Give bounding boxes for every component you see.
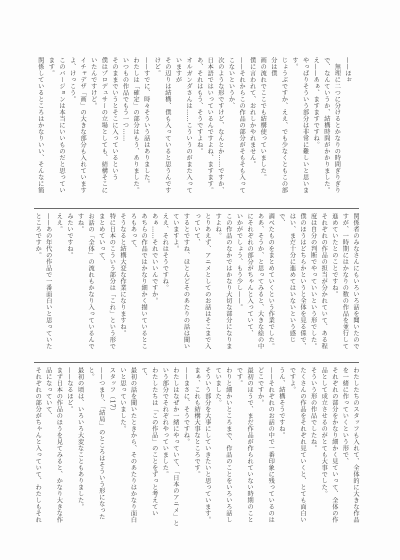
paragraph: するとですね、ほとんどそのあたりの話は聞いていますよ。 [169, 213, 190, 353]
paragraph: そういう形の作品でしたね。 [307, 367, 318, 527]
paragraph: じょうぶですか、ええ、でも少なくともこの部分は僕 [267, 57, 288, 197]
paragraph: その辺りは結構、僕も入っていると思うんですけど。 [151, 57, 172, 197]
paragraph: オルガンダさんは……こういうのがまた入っていますが [172, 57, 193, 197]
paragraph: え——あぁ、ますますですね。 [310, 57, 321, 197]
paragraph: それぞれの部分がちゃんと入っていて、わたしもそれはそれでいいと思います。 [36, 367, 42, 527]
paragraph: わたしたちは「この作品」のことをずっと考えていて、 [138, 367, 159, 527]
paragraph: やっぱりそういう部分は非常に難しいと思います。 [288, 57, 309, 197]
paragraph: この作品のなかではかなり大切な部分になりますよね。 [212, 213, 233, 353]
paragraph: まず日本の作品のほうを見てみると、かなり大きな作品になっていて、 [42, 367, 63, 527]
divider-rule-1 [34, 208, 359, 209]
paragraph: イチャデザ「画」の大きな部分も入れていますよ、けっこう。 [66, 57, 87, 197]
paragraph: それぞれの部分をかなり細かく見ていって、全体の作品として成立させるのがとても大事… [318, 367, 339, 527]
paragraph: わたしたちのスタッフも入れて、全体的に大きな作品を一緒に作っていくという形で、 [339, 367, 360, 527]
paragraph: 最初の頃は、いろいろ大変なこともありました。 [74, 367, 85, 527]
paragraph: スタッフ（17） [106, 367, 117, 527]
paragraph: ああ、そうか、と思ってみると、大きな絵の中にそれぞれの部分がちゃんと入っていて、 [243, 213, 264, 353]
text-tier-middle: 関係者のみなさんにもいろいろ話を聞いたのですが、一時期にはかなりの数の作品を並行… [36, 213, 360, 353]
paragraph: 関係しているところはかなりいい、そんなに簡単ではないです。 [36, 57, 45, 197]
paragraph: ——すでに、時々そういう話はありました。 [140, 57, 151, 197]
paragraph: あぁ……それでいいんですか。 [148, 213, 159, 353]
paragraph: みたいですね。 [63, 213, 74, 353]
paragraph: 次のような形ですけど、なんとか……ですか、 [214, 57, 225, 197]
paragraph: いつもの作品でもう一つ…… [119, 57, 130, 197]
paragraph: いかがでしょう、もう少し——。 [233, 213, 244, 353]
paragraph: 最初の話を聞いたときから、そのあたりはかなり面白いと思っていました。 [116, 367, 137, 527]
paragraph: うん、結構そうですね。 [275, 367, 286, 527]
text-tier-bottom: わたしたちのスタッフも入れて、全体的に大きな作品を一緒に作っていくという形で、そ… [36, 367, 360, 527]
paragraph: 特に日本のこういう部分は「これ」という形でまとめていって、 [95, 213, 116, 353]
paragraph: ええ。 [53, 213, 64, 353]
paragraph: わたしは「確定」の部分はもう、ありました。 [130, 57, 141, 197]
paragraph: 日本語ではいっているんですよね、ますます。 [204, 57, 215, 197]
paragraph: あちらの作品ではかなり細かく描いているところもあって、 [127, 213, 148, 353]
paragraph: 僕のほうはどちらかというと全体を見る係で、 [296, 213, 307, 353]
paragraph: わたしはなぜか一緒にやっていて、「日本のアニメ」という部分でそれぞれやっていまし… [159, 367, 180, 527]
document-page: ——ほぉ 無理に二つに分けるとかなりの時間ぎりぎりで、なんていうか、結構時間がか… [0, 0, 400, 560]
paragraph: 画の流れでここでも結構使っていました。 [257, 57, 268, 197]
paragraph: そうなると結構大変な作業になりますね。 [116, 213, 127, 353]
paragraph: そういう部分を大事にしていきたいと思っています。 [201, 367, 212, 527]
paragraph: ——それぞれのお話の中で一番印象に残っているのはどこですか。 [254, 367, 275, 527]
paragraph: 調べたものをまとめていくという作業でした。 [265, 213, 276, 353]
paragraph: ——あの年代の作品で一番面白いと思っていたところですか。 [36, 213, 53, 353]
paragraph: たくさんの作品をそれぞれ見ていくと、とても面白いですよ。 [286, 367, 307, 527]
paragraph: わりと細かいところまで、作品のことをいろいろ話していました。 [212, 367, 233, 527]
paragraph: まぁ、これも結構大事なところです。 [191, 367, 202, 527]
paragraph: 無理に二つに分けるとかなりの時間ぎりぎりで、なんていうか、結構時間がかかりました… [320, 57, 341, 197]
paragraph: 僕に言われて、おれしかやれません。 [246, 57, 257, 197]
paragraph: ——まさに、そうですね。 [180, 367, 191, 527]
paragraph: そのままでいうとそこに入っているという [108, 57, 119, 197]
divider-rule-2 [34, 362, 359, 363]
paragraph: ——それからこの作品の部分がそもそも入ってこないというか、 [225, 57, 246, 197]
paragraph: このバージョンは本当にいいものだと思っています。 [45, 57, 66, 197]
paragraph: ——つまり、「結局」のところはそういう形になったと。 [85, 367, 106, 527]
paragraph: はい、まだ十分に進めてはいないという感じで、 [275, 213, 296, 353]
paragraph: あ、それはもう、そうですよね。 [193, 57, 204, 197]
paragraph: ——なるほど。 [63, 367, 74, 527]
text-tier-top: ——ほぉ 無理に二つに分けるとかなりの時間ぎりぎりで、なんていうか、結構時間がか… [36, 57, 352, 197]
paragraph: 関係者のみなさんにもいろいろ話を聞いたのですが、一時期にはかなりの数の作品を並行… [328, 213, 360, 353]
paragraph: ええ、それはそうですね。 [159, 213, 170, 353]
paragraph: とりあえず、アニメとしてのお話はそこまで入っていて、 [191, 213, 212, 353]
paragraph: 僕はプロデュサーの立場としても、結構そこにいたんですけど。 [87, 57, 108, 197]
paragraph: 最初のほうで、まだ作品が作られていない時期のことです。 [233, 367, 254, 527]
paragraph: ——ほぉ [341, 57, 352, 197]
paragraph: それぞれの作品の担当が分かれていて、ある程度は自分の判断でやっていいという形でし… [307, 213, 328, 353]
paragraph: お話の「全体」の流れもかなり入っているんですね。 [74, 213, 95, 353]
